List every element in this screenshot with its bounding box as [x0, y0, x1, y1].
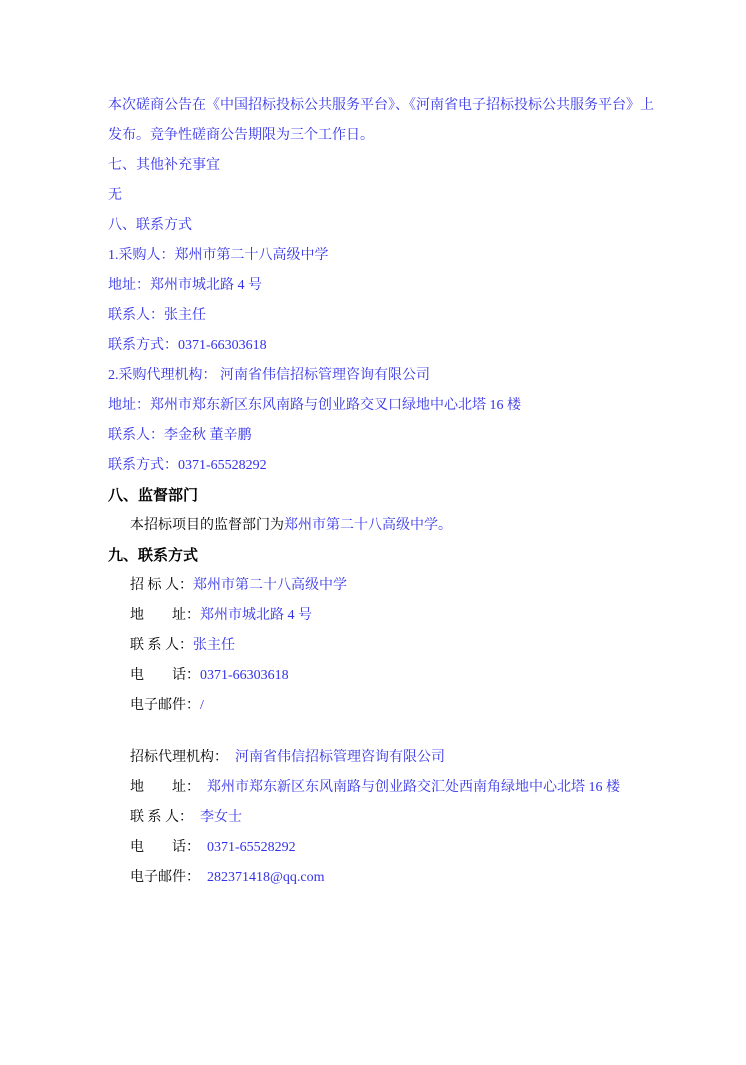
purchaser-contact-line: 联系人：张主任: [108, 301, 656, 331]
agency-address-line: 地址：郑州市郑东新区东风南路与创业路交叉口绿地中心北塔 16 楼: [108, 391, 656, 421]
bidder-row-email: 电子邮件：/: [108, 691, 656, 721]
bidder-row-phone: 电 话：0371-66303618: [108, 661, 656, 691]
agency-name-value: 河南省伟信招标管理咨询有限公司: [235, 750, 445, 765]
bidder-address-value: 郑州市城北路 4 号: [200, 608, 312, 623]
document-page: 本次磋商公告在《中国招标投标公共服务平台》、《河南省电子招标投标公共服务平台》上…: [0, 0, 746, 1065]
agency-address-label: 地 址：: [130, 780, 200, 795]
bidder-row-contact: 联 系 人：张主任: [108, 631, 656, 661]
agency-contact-value: 李女士: [200, 810, 242, 825]
supervision-body-prefix: 本招标项目的监督部门为: [130, 518, 284, 533]
agency-phone-label: 电 话：: [130, 840, 200, 855]
bidder-name-value: 郑州市第二十八高级中学: [193, 578, 347, 593]
agency-row-email: 电子邮件：282371418@qq.com: [108, 863, 656, 893]
supervision-body: 本招标项目的监督部门为郑州市第二十八高级中学。: [108, 511, 656, 541]
bidder-name-label: 招 标 人：: [130, 578, 193, 593]
agency-row-contact: 联 系 人：李女士: [108, 803, 656, 833]
bidder-row-name: 招 标 人：郑州市第二十八高级中学: [108, 571, 656, 601]
bidder-email-label: 电子邮件：: [130, 698, 200, 713]
purchaser-phone-line: 联系方式：0371-66303618: [108, 331, 656, 361]
publish-notice-paragraph: 本次磋商公告在《中国招标投标公共服务平台》、《河南省电子招标投标公共服务平台》上…: [108, 91, 656, 151]
agency-phone-value: 0371-65528292: [207, 840, 296, 855]
bidder-contact-label: 联 系 人：: [130, 638, 193, 653]
agency-contact-label: 联 系 人：: [130, 810, 193, 825]
bidder-row-address: 地 址：郑州市城北路 4 号: [108, 601, 656, 631]
section-heading-contact-blue: 八、联系方式: [108, 211, 656, 241]
purchaser-title-line: 1.采购人：郑州市第二十八高级中学: [108, 241, 656, 271]
agency-title-line: 2.采购代理机构： 河南省伟信招标管理咨询有限公司: [108, 361, 656, 391]
bidder-contact-value: 张主任: [193, 638, 235, 653]
agency-phone-line: 联系方式：0371-65528292: [108, 451, 656, 481]
bidder-email-value: /: [200, 698, 204, 713]
agency-contact-block: 招标代理机构：河南省伟信招标管理咨询有限公司 地 址：郑州市郑东新区东风南路与创…: [108, 743, 656, 893]
agency-row-name: 招标代理机构：河南省伟信招标管理咨询有限公司: [108, 743, 656, 773]
section-heading-supervision: 八、监督部门: [108, 481, 656, 511]
section-heading-other-matters: 七、其他补充事宜: [108, 151, 656, 181]
section-heading-contact-black: 九、联系方式: [108, 541, 656, 571]
agency-contact-line: 联系人：李金秋 董辛鹏: [108, 421, 656, 451]
supervision-body-value: 郑州市第二十八高级中学。: [284, 518, 452, 533]
other-matters-body: 无: [108, 181, 656, 211]
agency-email-value: 282371418@qq.com: [207, 870, 325, 885]
agency-address-value: 郑州市郑东新区东风南路与创业路交汇处西南角绿地中心北塔 16 楼: [207, 780, 620, 795]
bidder-address-label: 地 址：: [130, 608, 200, 623]
bidder-phone-label: 电 话：: [130, 668, 200, 683]
agency-row-phone: 电 话：0371-65528292: [108, 833, 656, 863]
agency-row-address: 地 址：郑州市郑东新区东风南路与创业路交汇处西南角绿地中心北塔 16 楼: [108, 773, 656, 803]
purchaser-address-line: 地址：郑州市城北路 4 号: [108, 271, 656, 301]
agency-name-label: 招标代理机构：: [130, 750, 228, 765]
agency-email-label: 电子邮件：: [130, 870, 200, 885]
bidder-contact-block: 招 标 人：郑州市第二十八高级中学 地 址：郑州市城北路 4 号 联 系 人：张…: [108, 571, 656, 721]
bidder-phone-value: 0371-66303618: [200, 668, 289, 683]
